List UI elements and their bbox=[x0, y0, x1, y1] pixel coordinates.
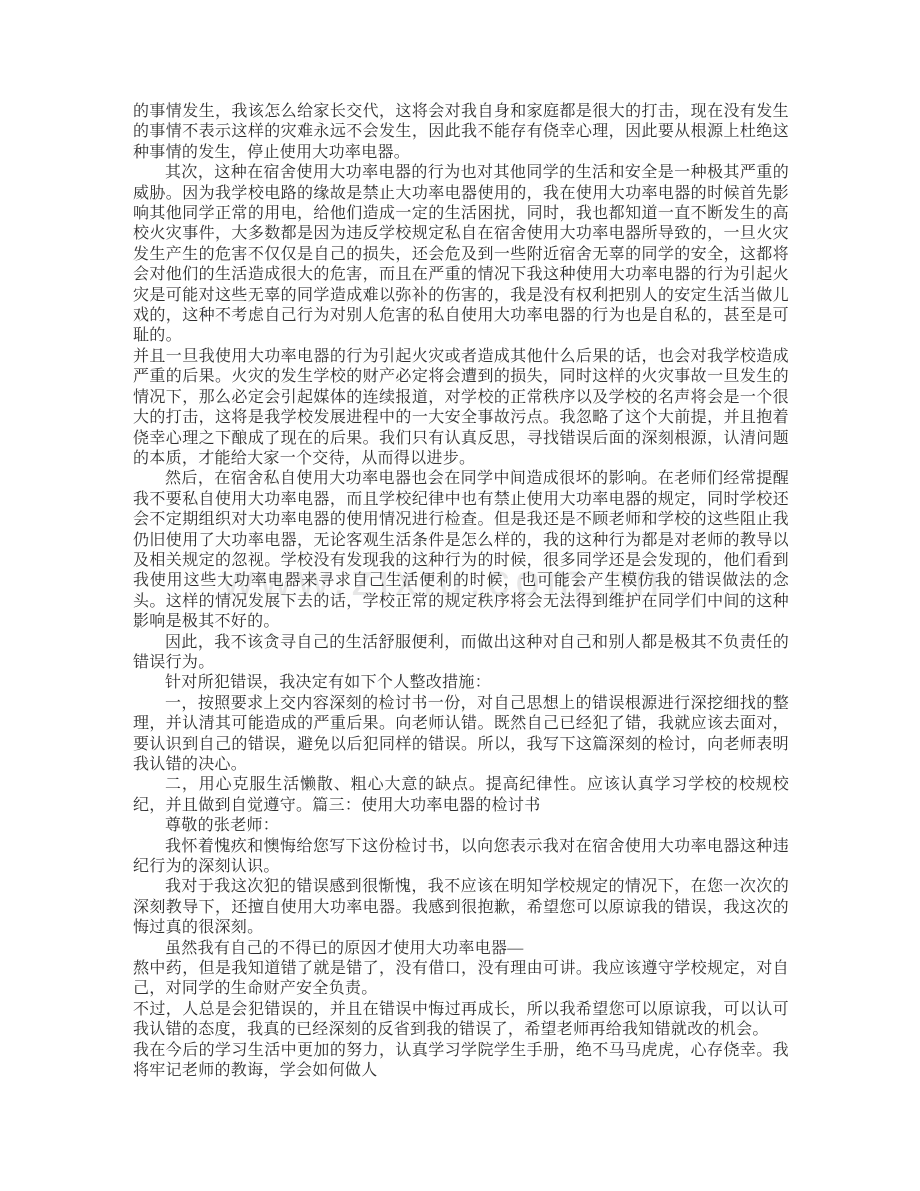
paragraph: 因此，我不该贪寻自己的生活舒服便利，而做出这种对自己和别人都是极其不负责任的错误… bbox=[133, 633, 789, 674]
paragraph: 我在今后的学习生活中更加的努力，认真学习学院学生手册，绝不马马虎虎，心存侥幸。我… bbox=[133, 1041, 789, 1082]
paragraph: 然后，在宿舍私自使用大功率电器也会在同学中间造成很坏的影响。在老师们经常提醒我不… bbox=[133, 469, 789, 632]
paragraph: 的事情发生，我该怎么给家长交代，这将会对我自身和家庭都是很大的打击，现在没有发生… bbox=[133, 102, 789, 163]
document-body: 的事情发生，我该怎么给家长交代，这将会对我自身和家庭都是很大的打击，现在没有发生… bbox=[133, 102, 789, 1082]
paragraph: 针对所犯错误，我决定有如下个人整改措施： bbox=[133, 673, 789, 693]
paragraph: 我怀着愧疚和懊悔给您写下这份检讨书，以向您表示我对在宿舍使用大功率电器这种违纪行… bbox=[133, 837, 789, 878]
paragraph: 尊敬的张老师： bbox=[133, 816, 789, 836]
paragraph: 虽然我有自己的不得已的原因才使用大功率电器— bbox=[133, 939, 789, 959]
paragraph: 我对于我这次犯的错误感到很惭愧，我不应该在明知学校规定的情况下，在您一次次的深刻… bbox=[133, 877, 789, 938]
paragraph: 一，按照要求上交内容深刻的检讨书一份，对自己思想上的错误根源进行深挖细找的整理，… bbox=[133, 694, 789, 776]
paragraph: 不过，人总是会犯错误的，并且在错误中悔过再成长，所以我希望您可以原谅我，可以认可… bbox=[133, 1000, 789, 1041]
document-page: www.zixiu.com.cn 的事情发生，我该怎么给家长交代，这将会对我自身… bbox=[0, 0, 920, 1191]
paragraph: 熬中药，但是我知道错了就是错了，没有借口，没有理由可讲。我应该遵守学校规定，对自… bbox=[133, 959, 789, 1000]
paragraph: 其次，这种在宿舍使用大功率电器的行为也对其他同学的生活和安全是一种极其严重的威胁… bbox=[133, 163, 789, 347]
paragraph: 二，用心克服生活懒散、粗心大意的缺点。提高纪律性。应该认真学习学校的校规校纪，并… bbox=[133, 775, 789, 816]
paragraph: 并且一旦我使用大功率电器的行为引起火灾或者造成其他什么后果的话，也会对我学校造成… bbox=[133, 347, 789, 469]
